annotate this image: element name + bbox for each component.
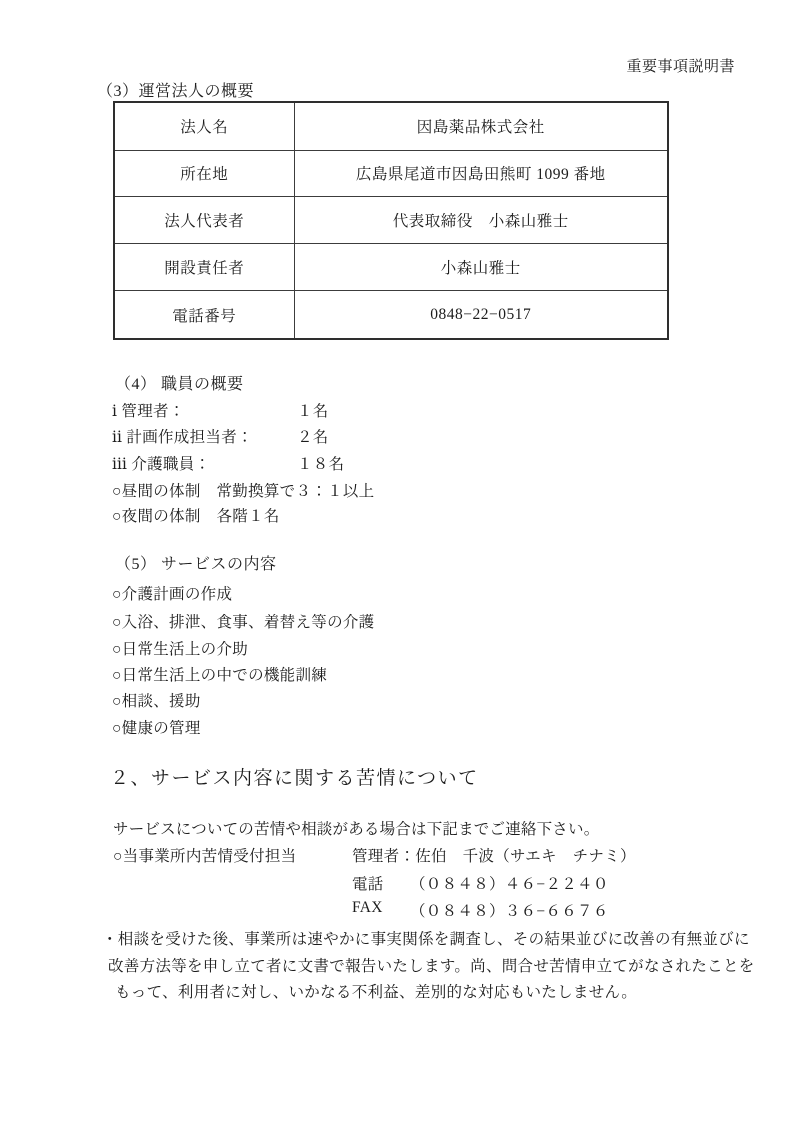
complaint-note-line: 改善方法等を申し立て者に文書で報告いたします。尚、問合せ苦情申立てがなされたこと… xyxy=(108,954,755,976)
staff-row-label: ⅰ 管理者： xyxy=(112,399,185,421)
table-row: 法人名 因島薬品株式会社 xyxy=(114,102,668,150)
document-type-label: 重要事項説明書 xyxy=(626,55,735,76)
table-row-value: 因島薬品株式会社 xyxy=(294,102,668,150)
service-item: ○日常生活上の中での機能訓練 xyxy=(112,663,327,685)
table-row-label: 所在地 xyxy=(114,150,294,197)
operator-overview-table: 法人名 因島薬品株式会社 所在地 広島県尾道市因島田熊町 1099 番地 法人代… xyxy=(113,101,669,340)
table-row-value: 代表取締役 小森山雅士 xyxy=(294,197,668,244)
staff-row-label: ⅲ 介護職員： xyxy=(112,452,210,474)
table-row-value: 0848−22−0517 xyxy=(294,291,668,339)
table-row-label: 法人名 xyxy=(114,102,294,150)
fax-label: FAX xyxy=(352,899,383,917)
table-row-value: 小森山雅士 xyxy=(294,244,668,291)
phone-number: （０８４８）４６−２２４０ xyxy=(410,872,609,894)
table-row: 所在地 広島県尾道市因島田熊町 1099 番地 xyxy=(114,150,668,197)
section3-heading: （3）運営法人の概要 xyxy=(97,78,254,101)
fax-number: （０８４８）３６−６６７６ xyxy=(410,899,609,921)
staff-row-count: １名 xyxy=(297,399,329,421)
table-row: 開設責任者 小森山雅士 xyxy=(114,244,668,291)
section5-heading: （5） サービスの内容 xyxy=(115,551,277,574)
staff-row-count: ２名 xyxy=(297,425,329,447)
section4-heading: （4） 職員の概要 xyxy=(115,371,244,394)
complaint-intro: サービスについての苦情や相談がある場合は下記までご連絡下さい。 xyxy=(113,817,599,839)
staff-row-label: ⅱ 計画作成担当者： xyxy=(112,425,253,447)
table-row-label: 開設責任者 xyxy=(114,244,294,291)
phone-label: 電話 xyxy=(352,872,384,894)
complaint-section-heading: ２、サービス内容に関する苦情について xyxy=(110,763,479,790)
table-row-label: 電話番号 xyxy=(114,291,294,339)
service-item: ○健康の管理 xyxy=(112,716,201,738)
table-row-label: 法人代表者 xyxy=(114,197,294,244)
service-item: ○相談、援助 xyxy=(112,689,201,711)
complaint-contact-manager: 管理者：佐伯 千波（サエキ チナミ） xyxy=(352,844,636,866)
table-row: 電話番号 0848−22−0517 xyxy=(114,291,668,339)
service-item: ○介護計画の作成 xyxy=(112,582,232,604)
complaint-note-line: もって、利用者に対し、いかなる不利益、差別的な対応もいたしません。 xyxy=(115,980,637,1002)
complaint-note-line: ・相談を受けた後、事業所は速やかに事実関係を調査し、その結果並びに改善の有無並び… xyxy=(102,927,750,949)
service-item: ○日常生活上の介助 xyxy=(112,637,248,659)
table-row-value: 広島県尾道市因島田熊町 1099 番地 xyxy=(294,150,668,197)
document-page: 重要事項説明書 （3）運営法人の概要 法人名 因島薬品株式会社 所在地 広島県尾… xyxy=(0,0,794,1123)
staff-row-count: １８名 xyxy=(297,452,344,474)
shift-line: ○夜間の体制 各階１名 xyxy=(112,504,280,526)
complaint-contact-label: ○当事業所内苦情受付担当 xyxy=(113,844,296,866)
table-row: 法人代表者 代表取締役 小森山雅士 xyxy=(114,197,668,244)
service-item: ○入浴、排泄、食事、着替え等の介護 xyxy=(112,610,374,632)
shift-line: ○昼間の体制 常勤換算で３：１以上 xyxy=(112,479,374,501)
